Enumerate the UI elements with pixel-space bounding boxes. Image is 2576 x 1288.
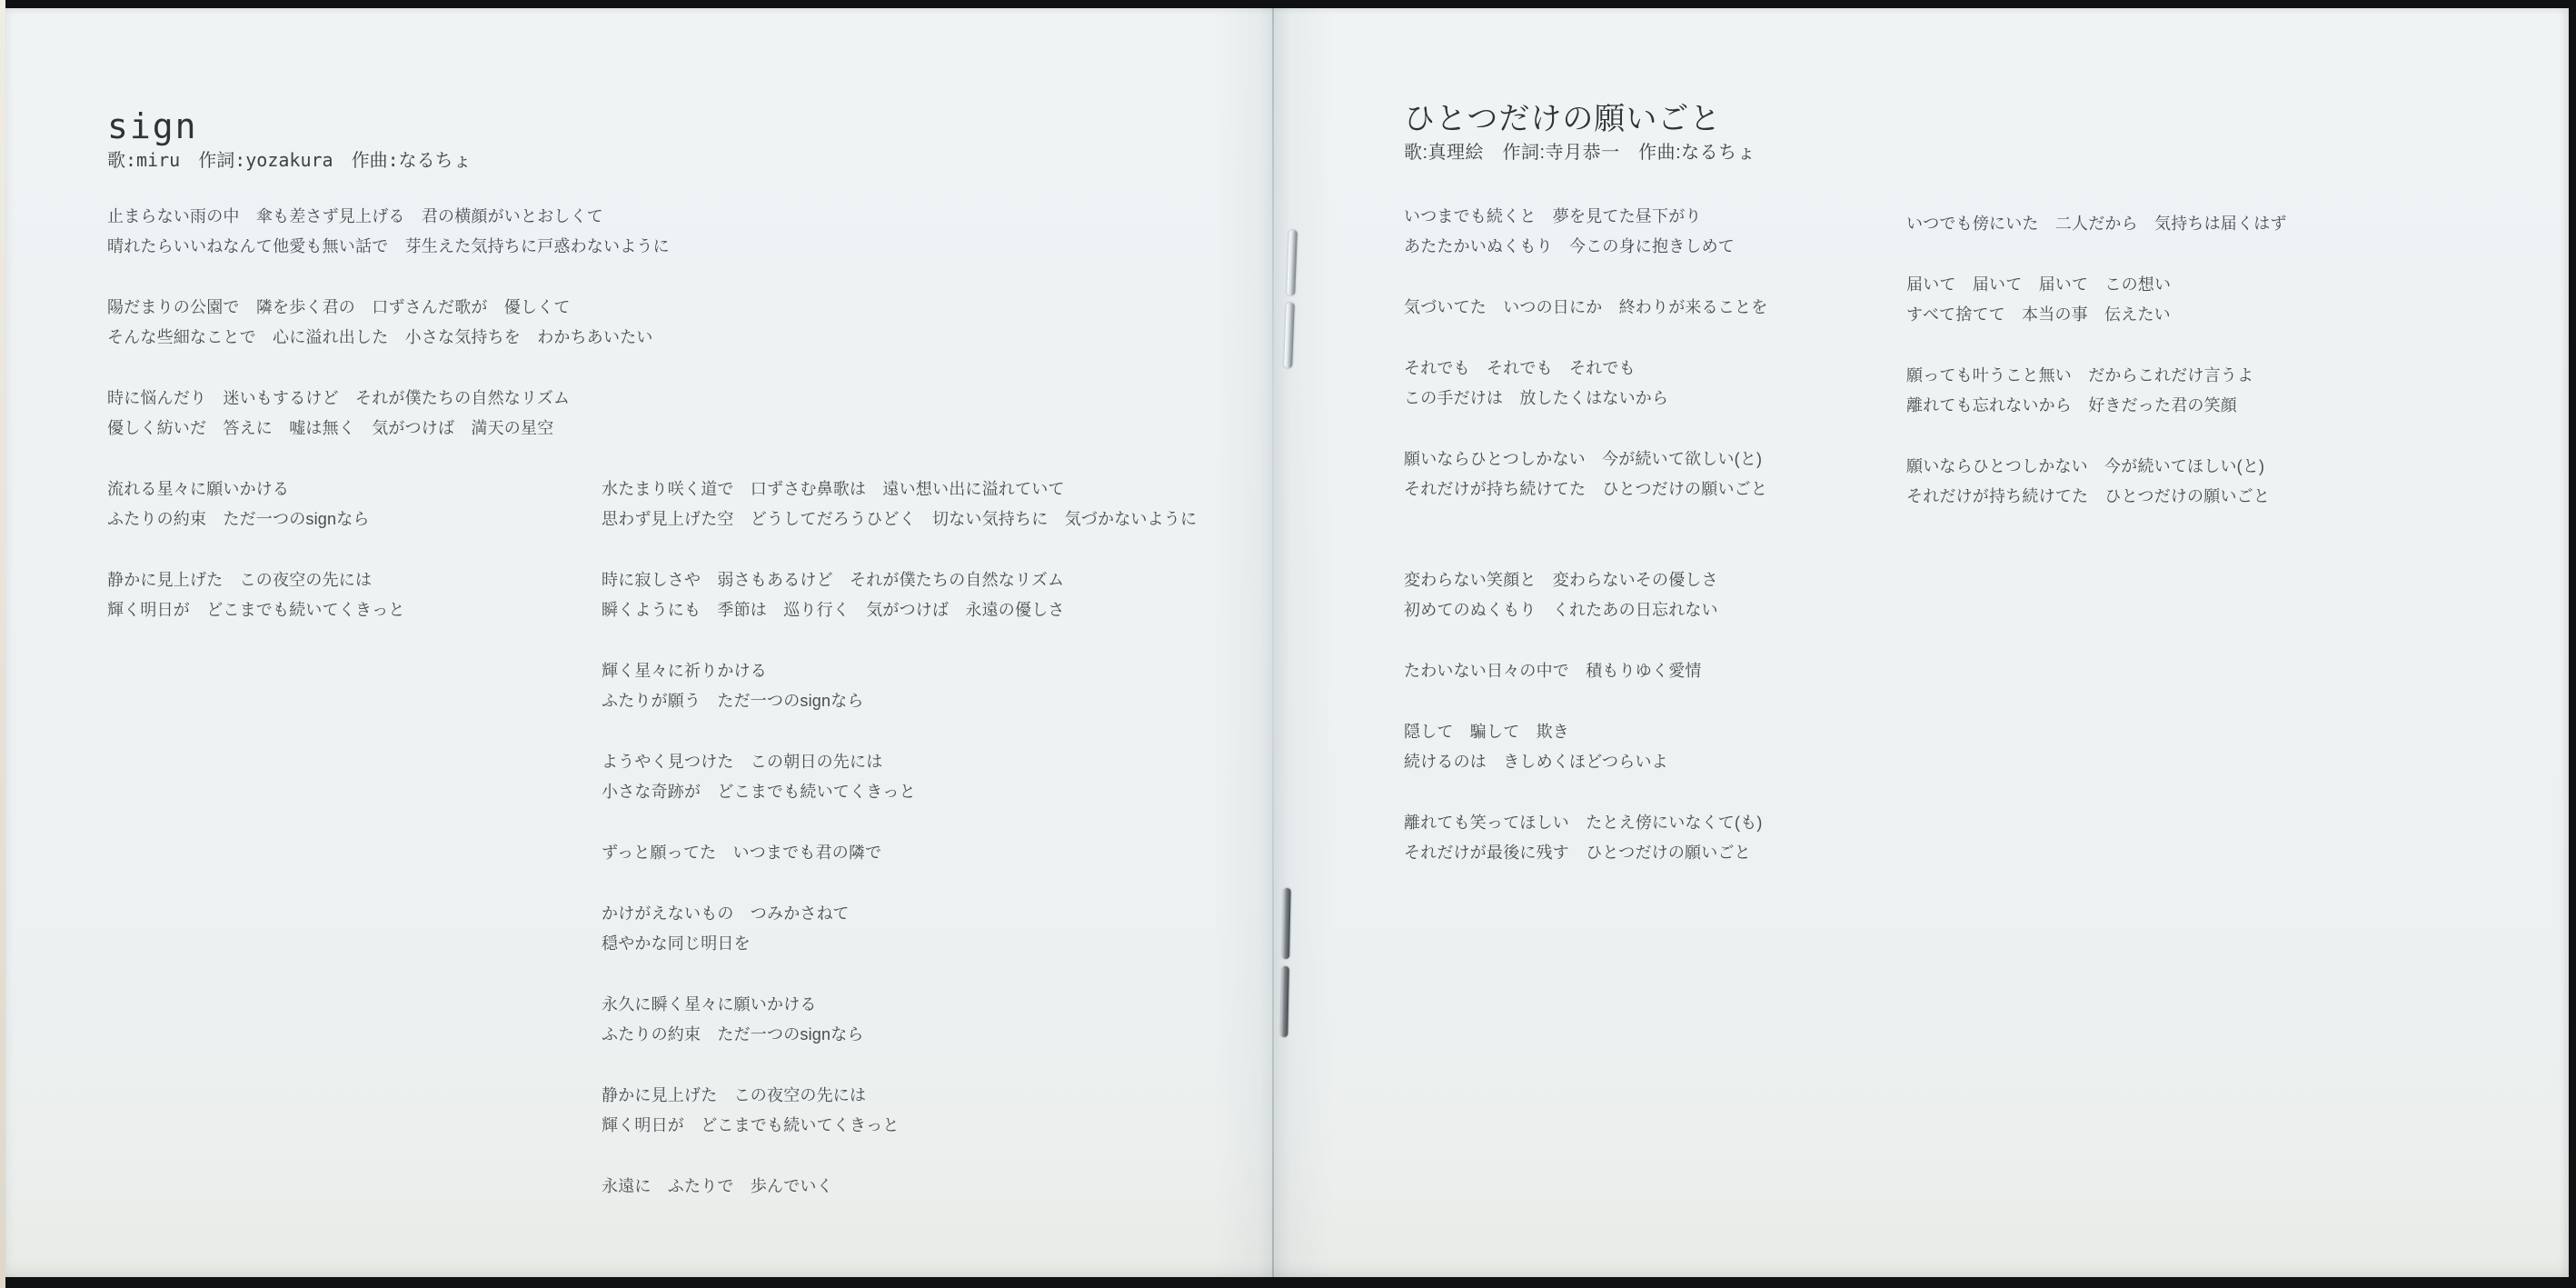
- staple-bottom-upper-leg: [1282, 888, 1291, 959]
- right-song-lyrics-column-1-lower: 変わらない笑顔と 変わらないその優しさ初めてのぬくもり くれたあの日忘れないたわ…: [1404, 565, 1763, 899]
- lyric-stanza: 時に悩んだり 迷いもするけど それが僕たちの自然なリズム優しく紡いだ 答えに 嘘…: [107, 384, 670, 444]
- lyric-line: 晴れたらいいねなんて他愛も無い話で 芽生えた気持ちに戸惑わないように: [107, 232, 670, 262]
- lyric-line: 輝く明日が どこまでも続いてくきっと: [107, 595, 670, 625]
- fold-crease-line: [1272, 8, 1274, 1277]
- lyric-line: 瞬くようにも 季節は 巡り行く 気がつけば 永遠の優しさ: [602, 595, 1197, 625]
- lyric-line: 流れる星々に願いかける: [107, 474, 670, 504]
- lyric-line: ふたりの約束 ただ一つのsignなら: [602, 1020, 1197, 1050]
- lyric-line: 輝く星々に祈りかける: [602, 656, 1197, 686]
- lyric-line: 静かに見上げた この夜空の先には: [107, 565, 670, 595]
- lyric-line: それだけが最後に残す ひとつだけの願いごと: [1404, 838, 1763, 868]
- lyric-line: 時に寂しさや 弱さもあるけど それが僕たちの自然なリズム: [602, 565, 1197, 595]
- lyric-stanza: 願いならひとつしかない 今が続いて欲しい(と)それだけが持ち続けてた ひとつだけ…: [1404, 444, 1767, 504]
- lyric-line: それだけが持ち続けてた ひとつだけの願いごと: [1906, 482, 2287, 512]
- lyric-line: 永久に瞬く星々に願いかける: [602, 990, 1197, 1020]
- lyric-line: 優しく紡いだ 答えに 嘘は無く 気がつけば 満天の星空: [107, 414, 670, 444]
- lyric-line: 願いならひとつしかない 今が続いてほしい(と): [1906, 452, 2287, 482]
- lyric-stanza: 流れる星々に願いかけるふたりの約束 ただ一つのsignなら: [107, 474, 670, 534]
- lyric-stanza: 変わらない笑顔と 変わらないその優しさ初めてのぬくもり くれたあの日忘れない: [1404, 565, 1763, 625]
- lyric-line: 止まらない雨の中 傘も差さず見上げる 君の横顔がいとおしくて: [107, 202, 670, 232]
- lyric-line: いつまでも続くと 夢を見てた昼下がり: [1404, 202, 1767, 232]
- lyric-line: ふたりの約束 ただ一つのsignなら: [107, 504, 670, 534]
- left-song-lyrics-column-2: 水たまり咲く道で 口ずさむ鼻歌は 遠い想い出に溢れていて思わず見上げた空 どうし…: [602, 474, 1197, 1233]
- booklet-scan: sign 歌:miru 作詞:yozakura 作曲:なるちょ 止まらない雨の中…: [0, 0, 2576, 1288]
- lyric-stanza: それでも それでも それでもこの手だけは 放したくはないから: [1404, 354, 1767, 414]
- lyric-line: かけがえないもの つみかさねて: [602, 899, 1197, 929]
- lyric-line: 輝く明日が どこまでも続いてくきっと: [602, 1111, 1197, 1141]
- lyric-stanza: 隠して 騙して 欺き続けるのは きしめくほどつらいよ: [1404, 717, 1763, 777]
- lyric-line: 水たまり咲く道で 口ずさむ鼻歌は 遠い想い出に溢れていて: [602, 474, 1197, 504]
- lyric-line: そんな些細なことで 心に溢れ出した 小さな気持ちを わかちあいたい: [107, 323, 670, 353]
- lyric-stanza: 気づいてた いつの日にか 終わりが来ることを: [1404, 293, 1767, 323]
- lyric-stanza: ようやく見つけた この朝日の先には小さな奇跡が どこまでも続いてくきっと: [602, 747, 1197, 807]
- lyric-line: それでも それでも それでも: [1404, 354, 1767, 384]
- lyric-stanza: 時に寂しさや 弱さもあるけど それが僕たちの自然なリズム瞬くようにも 季節は 巡…: [602, 565, 1197, 625]
- lyric-stanza: 離れても笑ってほしい たとえ傍にいなくて(も)それだけが最後に残す ひとつだけの…: [1404, 808, 1763, 868]
- left-song-title: sign: [107, 106, 472, 146]
- left-song-header: sign 歌:miru 作詞:yozakura 作曲:なるちょ: [107, 106, 472, 172]
- lyric-stanza: 永遠に ふたりで 歩んでいく: [602, 1172, 1197, 1202]
- lyric-stanza: 届いて 届いて 届いて この想いすべて捨てて 本当の事 伝えたい: [1906, 270, 2287, 330]
- lyric-line: すべて捨てて 本当の事 伝えたい: [1906, 300, 2287, 330]
- lyric-line: 気づいてた いつの日にか 終わりが来ることを: [1404, 293, 1767, 323]
- lyric-line: あたたかいぬくもり 今この身に抱きしめて: [1404, 232, 1767, 262]
- lyric-line: 思わず見上げた空 どうしてだろうひどく 切ない気持ちに 気づかないように: [602, 504, 1197, 534]
- lyric-stanza: 永久に瞬く星々に願いかけるふたりの約束 ただ一つのsignなら: [602, 990, 1197, 1050]
- lyric-line: 続けるのは きしめくほどつらいよ: [1404, 747, 1763, 777]
- staple-bottom-lower-leg: [1280, 966, 1289, 1037]
- lyric-line: 届いて 届いて 届いて この想い: [1906, 270, 2287, 300]
- lyric-line: 小さな奇跡が どこまでも続いてくきっと: [602, 777, 1197, 807]
- lyric-stanza: 陽だまりの公園で 隣を歩く君の 口ずさんだ歌が 優しくてそんな些細なことで 心に…: [107, 293, 670, 353]
- lyric-stanza: 輝く星々に祈りかけるふたりが願う ただ一つのsignなら: [602, 656, 1197, 716]
- lyric-stanza: 願っても叶うこと無い だからこれだけ言うよ離れても忘れないから 好きだった君の笑…: [1906, 361, 2287, 421]
- lyric-stanza: 水たまり咲く道で 口ずさむ鼻歌は 遠い想い出に溢れていて思わず見上げた空 どうし…: [602, 474, 1197, 534]
- lyric-stanza: かけがえないもの つみかさねて穏やかな同じ明日を: [602, 899, 1197, 959]
- lyric-line: 陽だまりの公園で 隣を歩く君の 口ずさんだ歌が 優しくて: [107, 293, 670, 323]
- right-song-credits: 歌:真理絵 作詞:寺月恭一 作曲:なるちょ: [1404, 141, 1755, 165]
- lyric-stanza: 止まらない雨の中 傘も差さず見上げる 君の横顔がいとおしくて晴れたらいいねなんて…: [107, 202, 670, 262]
- lyric-line: 静かに見上げた この夜空の先には: [602, 1081, 1197, 1111]
- lyric-line: 離れても忘れないから 好きだった君の笑顔: [1906, 391, 2287, 421]
- lyric-line: 変わらない笑顔と 変わらないその優しさ: [1404, 565, 1763, 595]
- lyric-line: 時に悩んだり 迷いもするけど それが僕たちの自然なリズム: [107, 384, 670, 414]
- lyric-line: 隠して 騙して 欺き: [1404, 717, 1763, 747]
- lyric-line: 永遠に ふたりで 歩んでいく: [602, 1172, 1197, 1202]
- lyric-line: たわいない日々の中で 積もりゆく愛情: [1404, 656, 1763, 686]
- lyric-line: ふたりが願う ただ一つのsignなら: [602, 686, 1197, 716]
- lyric-line: この手だけは 放したくはないから: [1404, 384, 1767, 414]
- lyric-line: ずっと願ってた いつまでも君の隣で: [602, 838, 1197, 868]
- lyric-stanza: 願いならひとつしかない 今が続いてほしい(と)それだけが持ち続けてた ひとつだけ…: [1906, 452, 2287, 512]
- lyric-line: いつでも傍にいた 二人だから 気持ちは届くはず: [1906, 209, 2287, 239]
- lyric-stanza: ずっと願ってた いつまでも君の隣で: [602, 838, 1197, 868]
- left-song-credits: 歌:miru 作詞:yozakura 作曲:なるちょ: [107, 148, 472, 172]
- right-song-lyrics-column-1-upper: いつまでも続くと 夢を見てた昼下がりあたたかいぬくもり 今この身に抱きしめて気づ…: [1404, 202, 1767, 535]
- left-song-lyrics-column-1: 止まらない雨の中 傘も差さず見上げる 君の横顔がいとおしくて晴れたらいいねなんて…: [107, 202, 670, 656]
- center-fold-shadow: [1214, 8, 1334, 1277]
- right-song-header: ひとつだけの願いごと 歌:真理絵 作詞:寺月恭一 作曲:なるちょ: [1404, 99, 1755, 165]
- lyric-stanza: たわいない日々の中で 積もりゆく愛情: [1404, 656, 1763, 686]
- lyric-line: 離れても笑ってほしい たとえ傍にいなくて(も): [1404, 808, 1763, 838]
- lyric-stanza: 静かに見上げた この夜空の先には輝く明日が どこまでも続いてくきっと: [107, 565, 670, 625]
- lyric-line: 願っても叶うこと無い だからこれだけ言うよ: [1906, 361, 2287, 391]
- lyric-line: 穏やかな同じ明日を: [602, 929, 1197, 959]
- lyric-stanza: いつまでも続くと 夢を見てた昼下がりあたたかいぬくもり 今この身に抱きしめて: [1404, 202, 1767, 262]
- lyric-line: それだけが持ち続けてた ひとつだけの願いごと: [1404, 474, 1767, 504]
- lyric-line: ようやく見つけた この朝日の先には: [602, 747, 1197, 777]
- lyric-line: 願いならひとつしかない 今が続いて欲しい(と): [1404, 444, 1767, 474]
- lyric-line: 初めてのぬくもり くれたあの日忘れない: [1404, 595, 1763, 625]
- right-song-lyrics-column-2: いつでも傍にいた 二人だから 気持ちは届くはず届いて 届いて 届いて この想いす…: [1906, 209, 2287, 543]
- lyric-stanza: いつでも傍にいた 二人だから 気持ちは届くはず: [1906, 209, 2287, 239]
- right-song-title: ひとつだけの願いごと: [1404, 99, 1755, 139]
- lyric-stanza: 静かに見上げた この夜空の先には輝く明日が どこまでも続いてくきっと: [602, 1081, 1197, 1141]
- booklet-spread-page: sign 歌:miru 作詞:yozakura 作曲:なるちょ 止まらない雨の中…: [5, 8, 2569, 1277]
